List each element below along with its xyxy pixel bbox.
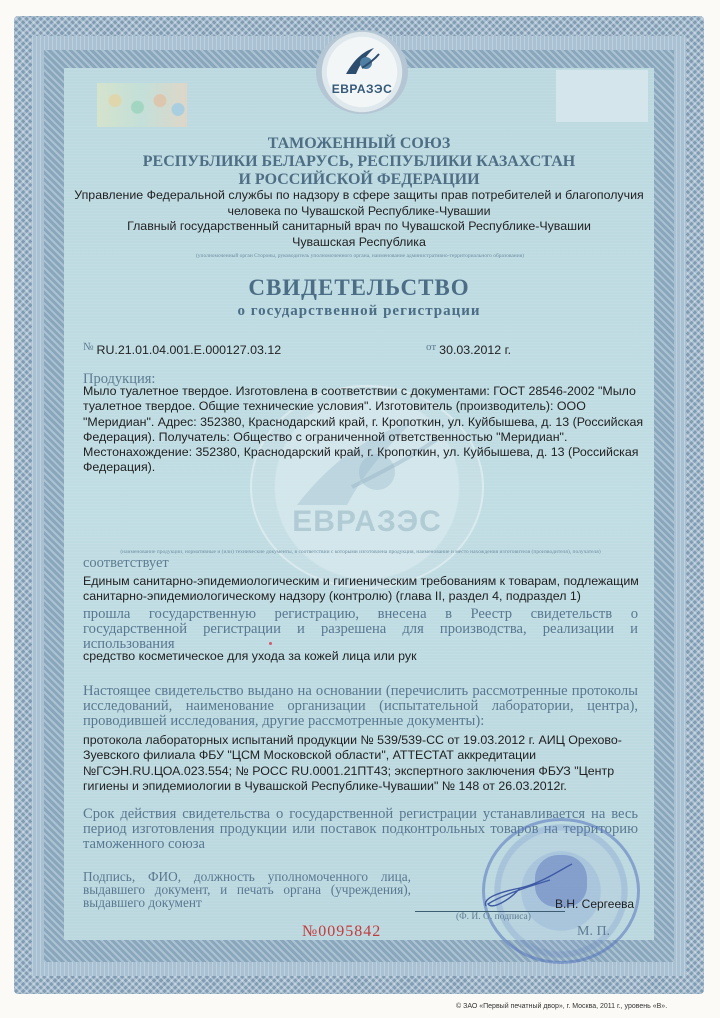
emblem-label: ЕВРАЗЭС (332, 82, 393, 96)
certificate-date-block: от30.03.2012 г. (426, 343, 511, 357)
authority-line-4: Чувашская Республика (64, 235, 654, 251)
form-serial-number: №0095842 (302, 923, 381, 941)
certificate-title: СВИДЕТЕЛЬСТВО (64, 275, 654, 301)
basis-label: Настоящее свидетельство выдано на основа… (83, 684, 638, 729)
customs-union-heading: ТАМОЖЕННЫЙ СОЮЗ РЕСПУБЛИКИ БЕЛАРУСЬ, РЕС… (64, 135, 654, 189)
certificate-number: RU.21.01.04.001.E.000127.03.12 (97, 343, 282, 357)
authority-line-2: человека по Чувашской Республике-Чувашии (64, 204, 654, 220)
basis-documents: протокола лабораторных испытаний продукц… (83, 733, 648, 794)
certificate-date: 30.03.2012 г. (439, 343, 511, 357)
union-line-2: РЕСПУБЛИКИ БЕЛАРУСЬ, РЕСПУБЛИКИ КАЗАХСТА… (64, 153, 654, 171)
watermark-label: ЕВРАЗЭС (252, 505, 482, 539)
authority-line-1: Управление Федеральной службы по надзору… (64, 188, 654, 204)
security-fiber-dot (269, 642, 272, 645)
date-prefix: от (426, 341, 436, 353)
conformity-text: Единым санитарно-эпидемиологическим и ги… (83, 574, 643, 605)
hologram-patch-right (556, 70, 648, 122)
signer-name: В.Н. Сергеева (555, 897, 634, 911)
conformity-label: соответствует (83, 556, 169, 571)
union-line-1: ТАМОЖЕННЫЙ СОЮЗ (64, 135, 654, 153)
registration-purpose: средство косметическое для ухода за коже… (83, 649, 643, 664)
certificate-subtitle: о государственной регистрации (64, 303, 654, 320)
authority-line-3: Главный государственный санитарный врач … (64, 219, 654, 235)
stamp-place-label: М. П. (577, 924, 610, 940)
fio-caption: (Ф. И. О. подписа) (456, 912, 531, 922)
product-description: Мыло туалетное твердое. Изготовлена в со… (83, 384, 653, 476)
printer-copyright: © ЗАО «Первый печатный двор», г. Москва,… (456, 1003, 667, 1010)
eurasec-emblem: ЕВРАЗЭС (316, 30, 408, 114)
emblem-swoosh-icon (344, 46, 380, 76)
authority-caption: (уполномоченный орган Стороны, руководит… (130, 253, 590, 259)
certificate-number-row: №RU.21.01.04.001.E.000127.03.12 от30.03.… (83, 343, 623, 361)
union-line-3: И РОССИЙСКОЙ ФЕДЕРАЦИИ (64, 171, 654, 189)
signature-label: Подпись, ФИО, должность уполномоченного … (83, 870, 411, 909)
hologram-patch-left (97, 83, 187, 127)
issuing-authority: Управление Федеральной службы по надзору… (64, 188, 654, 250)
registration-statement: прошла государственную регистрацию, внес… (83, 607, 638, 652)
number-prefix: № (83, 341, 94, 353)
